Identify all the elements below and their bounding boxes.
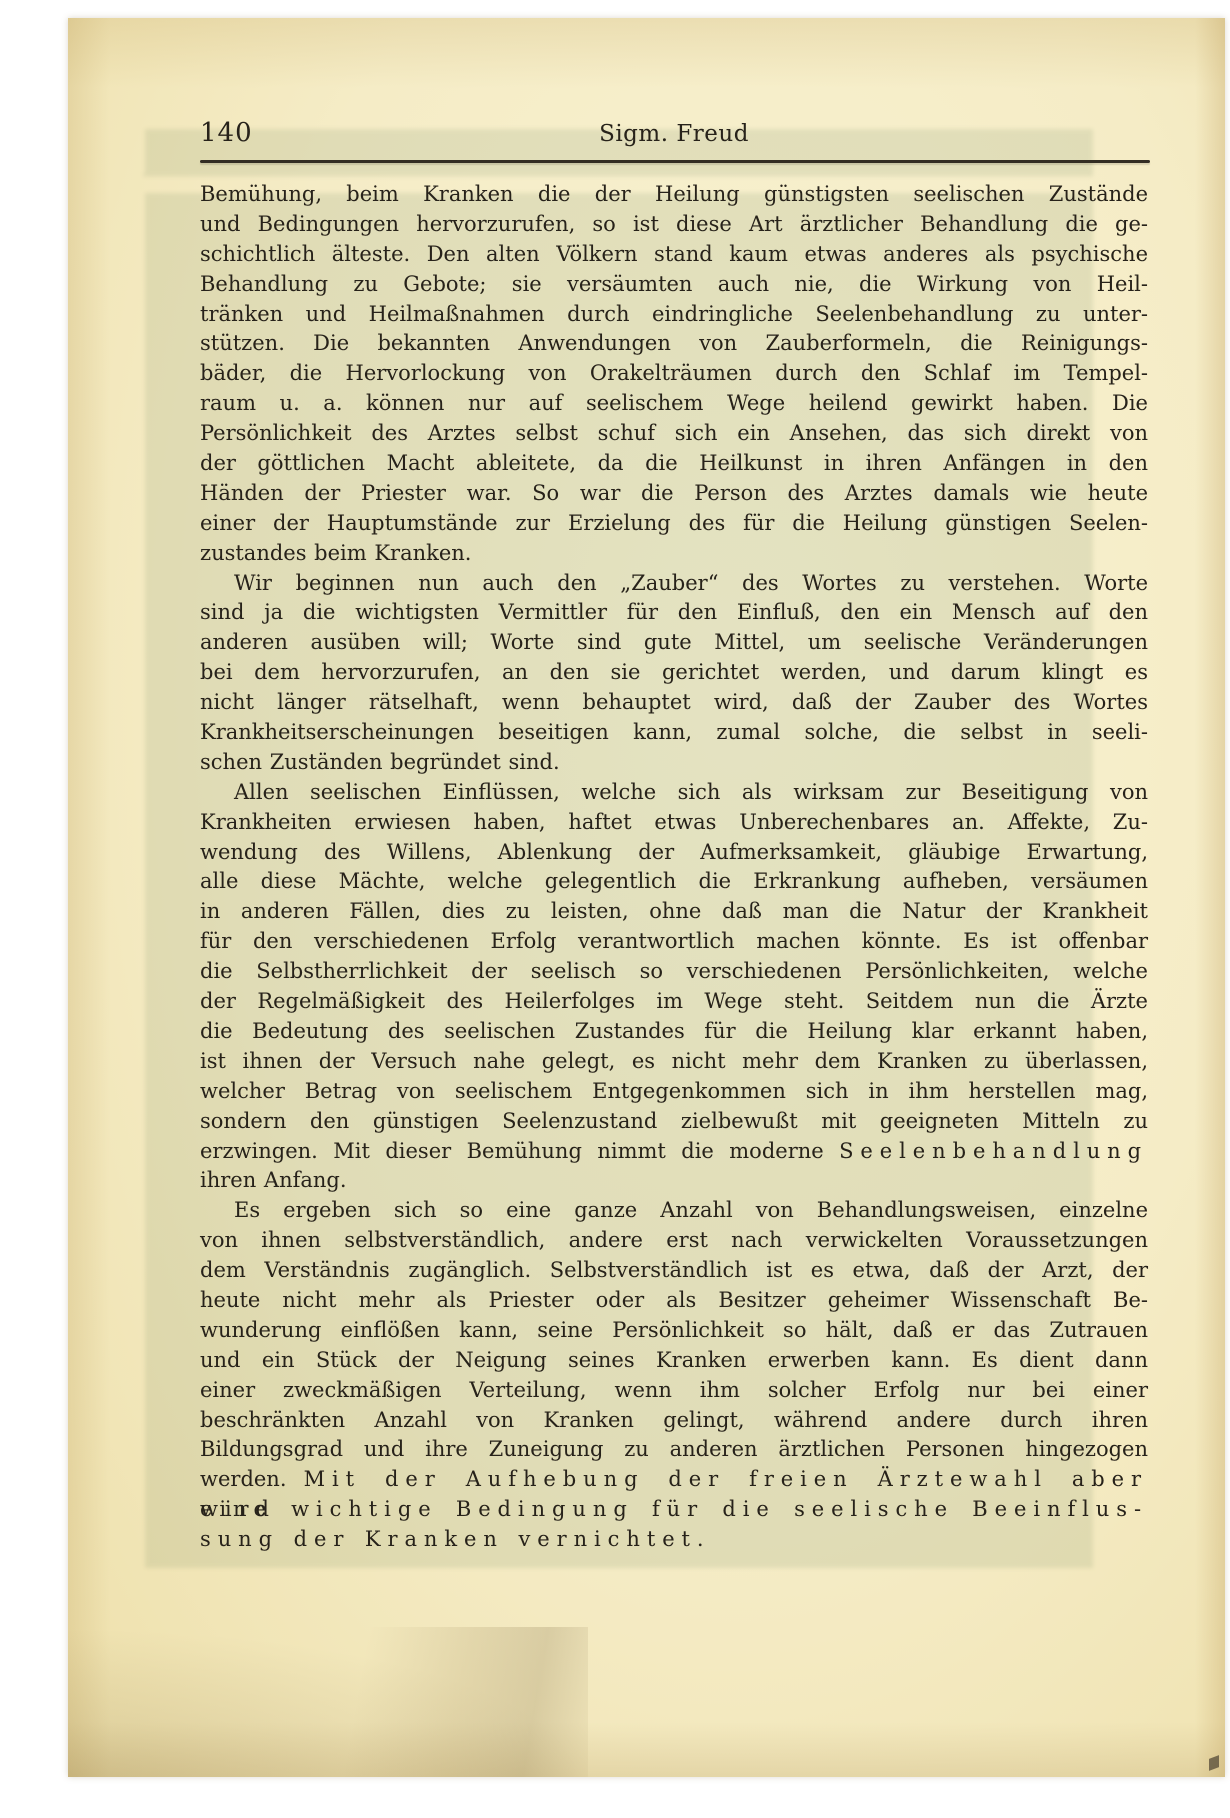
body-text: Händen der Priester war. So war die Pers… bbox=[200, 481, 1148, 505]
body-text: tränken und Heilmaßnahmen durch eindring… bbox=[200, 302, 1148, 326]
text-line: erzwingen. Mit dieser Bemühung nimmt die… bbox=[200, 1137, 1148, 1167]
body-text: für den verschiedenen Erfolg verantwortl… bbox=[200, 929, 1148, 953]
body-text: Krankheitserscheinungen beseitigen kann,… bbox=[200, 720, 1148, 744]
text-line: dem Verständnis zugänglich. Selbstverstä… bbox=[200, 1256, 1148, 1286]
body-text: zustandes beim Kranken. bbox=[200, 541, 471, 565]
text-line: stützen. Die bekannten Anwendungen von Z… bbox=[200, 329, 1148, 359]
body-text: Bildungsgrad und ihre Zuneigung zu ander… bbox=[200, 1437, 1148, 1461]
text-line: bäder, die Hervorlockung von Orakelträum… bbox=[200, 359, 1148, 389]
body-text: bei dem hervorzurufen, an den sie gerich… bbox=[200, 660, 1148, 684]
body-text: und ein Stück der Neigung seines Kranken… bbox=[200, 1348, 1148, 1372]
body-text: die Selbstherrlichkeit der seelisch so v… bbox=[200, 959, 1148, 983]
text-line: einer zweckmäßigen Verteilung, wenn ihm … bbox=[200, 1376, 1148, 1406]
text-line: in anderen Fällen, dies zu leisten, ohne… bbox=[200, 897, 1148, 927]
body-text: sondern den günstigen Seelenzustand ziel… bbox=[200, 1109, 1148, 1133]
body-text: Bemühung, beim Kranken die der Heilung g… bbox=[200, 182, 1148, 206]
text-line: Krankheiten erwiesen haben, haftet etwas… bbox=[200, 808, 1148, 838]
text-line: Wir beginnen nun auch den „Zauber“ des W… bbox=[200, 569, 1148, 599]
text-line: Persönlichkeit des Arztes selbst schuf s… bbox=[200, 419, 1148, 449]
text-line: wendung des Willens, Ablenkung der Aufme… bbox=[200, 838, 1148, 868]
text-line: beschränkten Anzahl von Kranken gelingt,… bbox=[200, 1406, 1148, 1436]
body-text: schichtlich älteste. Den alten Völkern s… bbox=[200, 242, 1148, 266]
body-text: nicht länger rätselhaft, wenn behauptet … bbox=[200, 690, 1148, 714]
text-line: zustandes beim Kranken. bbox=[200, 539, 1148, 569]
body-text: werden. bbox=[200, 1467, 304, 1491]
text-line: tränken und Heilmaßnahmen durch eindring… bbox=[200, 300, 1148, 330]
body-text: Wir beginnen nun auch den „Zauber“ des W… bbox=[234, 571, 1148, 595]
text-line: die Selbstherrlichkeit der seelisch so v… bbox=[200, 957, 1148, 987]
text-line: für den verschiedenen Erfolg verantwortl… bbox=[200, 927, 1148, 957]
body-text: Behandlung zu Gebote; sie versäumten auc… bbox=[200, 272, 1148, 296]
letterspaced-text: sung der Kranken vernichtet. bbox=[200, 1527, 711, 1551]
letterspaced-text: eine wichtige Bedingung für die seelisch… bbox=[200, 1497, 1148, 1521]
text-line: Bemühung, beim Kranken die der Heilung g… bbox=[200, 180, 1148, 210]
body-text: in anderen Fällen, dies zu leisten, ohne… bbox=[200, 899, 1148, 923]
text-line: alle diese Mächte, welche gelegentlich d… bbox=[200, 867, 1148, 897]
text-line: schichtlich älteste. Den alten Völkern s… bbox=[200, 240, 1148, 270]
body-text: ist ihnen der Versuch nahe gelegt, es ni… bbox=[200, 1049, 1148, 1073]
body-text: erzwingen. Mit dieser Bemühung nimmt die… bbox=[200, 1139, 839, 1163]
body-text: welcher Betrag von seelischem Entgegenko… bbox=[200, 1079, 1148, 1103]
text-line: Bildungsgrad und ihre Zuneigung zu ander… bbox=[200, 1435, 1148, 1465]
text-line: die Bedeutung des seelischen Zustandes f… bbox=[200, 1017, 1148, 1047]
text-line: einer der Hauptumstände zur Erzielung de… bbox=[200, 509, 1148, 539]
text-line: Behandlung zu Gebote; sie versäumten auc… bbox=[200, 270, 1148, 300]
text-line: Krankheitserscheinungen beseitigen kann,… bbox=[200, 718, 1148, 748]
body-text: bäder, die Hervorlockung von Orakelträum… bbox=[200, 361, 1148, 385]
body-text: heute nicht mehr als Priester oder als B… bbox=[200, 1288, 1148, 1312]
body-text: stützen. Die bekannten Anwendungen von Z… bbox=[200, 331, 1148, 355]
page-header: 140 Sigm. Freud bbox=[200, 116, 1148, 162]
text-line: Händen der Priester war. So war die Pers… bbox=[200, 479, 1148, 509]
text-line: eine wichtige Bedingung für die seelisch… bbox=[200, 1495, 1148, 1525]
text-line: sondern den günstigen Seelenzustand ziel… bbox=[200, 1107, 1148, 1137]
text-line: Allen seelischen Einflüssen, welche sich… bbox=[200, 778, 1148, 808]
text-line: der Regelmäßigkeit des Heilerfolges im W… bbox=[200, 987, 1148, 1017]
body-text: beschränkten Anzahl von Kranken gelingt,… bbox=[200, 1408, 1148, 1432]
body-text: anderen ausüben will; Worte sind gute Mi… bbox=[200, 630, 1148, 654]
body-text: und Bedingungen hervorzurufen, so ist di… bbox=[200, 212, 1148, 236]
text-line: ihren Anfang. bbox=[200, 1166, 1148, 1196]
text-line: anderen ausüben will; Worte sind gute Mi… bbox=[200, 628, 1148, 658]
page-content: 140 Sigm. Freud Bemühung, beim Kranken d… bbox=[68, 18, 1225, 1777]
body-text: der göttlichen Macht ableitete, da die H… bbox=[200, 451, 1148, 475]
body-text: Krankheiten erwiesen haben, haftet etwas… bbox=[200, 810, 1148, 834]
text-line: werden. Mit der Aufhebung der freien Ärz… bbox=[200, 1465, 1148, 1495]
letterspaced-text: Seelenbehandlung bbox=[839, 1139, 1148, 1163]
body-text: dem Verständnis zugänglich. Selbstverstä… bbox=[200, 1258, 1148, 1282]
text-line: schen Zuständen begründet sind. bbox=[200, 748, 1148, 778]
body-text: einer zweckmäßigen Verteilung, wenn ihm … bbox=[200, 1378, 1148, 1402]
text-line: von ihnen selbstverständlich, andere ers… bbox=[200, 1226, 1148, 1256]
running-head: Sigm. Freud bbox=[200, 121, 1148, 147]
text-line: und ein Stück der Neigung seines Kranken… bbox=[200, 1346, 1148, 1376]
text-line: und Bedingungen hervorzurufen, so ist di… bbox=[200, 210, 1148, 240]
text-line: sind ja die wichtigsten Vermittler für d… bbox=[200, 598, 1148, 628]
header-rule bbox=[200, 160, 1150, 163]
body-text: raum u. a. können nur auf seelischem Weg… bbox=[200, 391, 1148, 415]
body-text: wendung des Willens, Ablenkung der Aufme… bbox=[200, 840, 1148, 864]
book-page: 140 Sigm. Freud Bemühung, beim Kranken d… bbox=[68, 18, 1225, 1777]
body-text: von ihnen selbstverständlich, andere ers… bbox=[200, 1228, 1148, 1252]
body-text: der Regelmäßigkeit des Heilerfolges im W… bbox=[200, 989, 1148, 1013]
text-line: nicht länger rätselhaft, wenn behauptet … bbox=[200, 688, 1148, 718]
text-block: Bemühung, beim Kranken die der Heilung g… bbox=[200, 180, 1148, 1555]
text-line: welcher Betrag von seelischem Entgegenko… bbox=[200, 1077, 1148, 1107]
text-line: raum u. a. können nur auf seelischem Weg… bbox=[200, 389, 1148, 419]
body-text: alle diese Mächte, welche gelegentlich d… bbox=[200, 869, 1148, 893]
text-line: wunderung einflößen kann, seine Persönli… bbox=[200, 1316, 1148, 1346]
body-text: sind ja die wichtigsten Vermittler für d… bbox=[200, 600, 1148, 624]
text-line: sung der Kranken vernichtet. bbox=[200, 1525, 1148, 1555]
body-text: Persönlichkeit des Arztes selbst schuf s… bbox=[200, 421, 1148, 445]
body-text: ihren Anfang. bbox=[200, 1168, 347, 1192]
body-text: Allen seelischen Einflüssen, welche sich… bbox=[234, 780, 1148, 804]
body-text: die Bedeutung des seelischen Zustandes f… bbox=[200, 1019, 1148, 1043]
body-text: schen Zuständen begründet sind. bbox=[200, 750, 560, 774]
body-text: Es ergeben sich so eine ganze Anzahl von… bbox=[234, 1198, 1148, 1222]
text-line: ist ihnen der Versuch nahe gelegt, es ni… bbox=[200, 1047, 1148, 1077]
body-text: wunderung einflößen kann, seine Persönli… bbox=[200, 1318, 1148, 1342]
text-line: Es ergeben sich so eine ganze Anzahl von… bbox=[200, 1196, 1148, 1226]
text-line: bei dem hervorzurufen, an den sie gerich… bbox=[200, 658, 1148, 688]
body-text: einer der Hauptumstände zur Erzielung de… bbox=[200, 511, 1148, 535]
text-line: der göttlichen Macht ableitete, da die H… bbox=[200, 449, 1148, 479]
text-line: heute nicht mehr als Priester oder als B… bbox=[200, 1286, 1148, 1316]
